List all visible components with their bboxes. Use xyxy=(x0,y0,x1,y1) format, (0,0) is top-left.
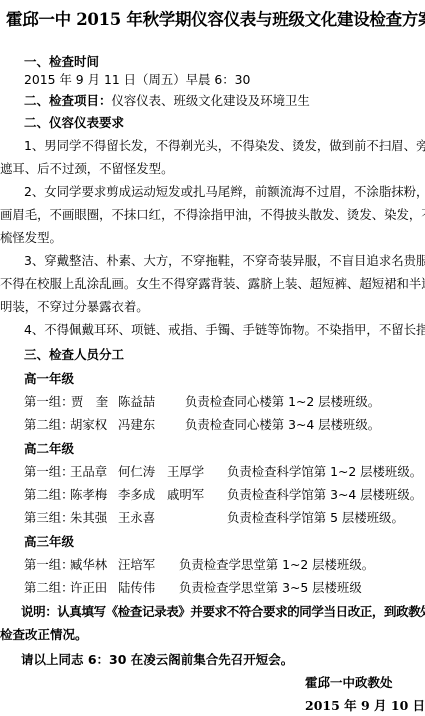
requirement-3-line2: 不得在校服上乱涂乱画。女生不得穿露背装、露脐上装、超短裤、超短裙和半透 xyxy=(0,274,425,292)
group-duty: 负责检查同心楼第 3~4 层楼班级。 xyxy=(185,415,380,433)
grade-2-group-1: 第一组： 王品章 何仁涛 王厚学 负责检查科学馆第 1~2 层楼班级。 xyxy=(24,462,424,480)
section-heading-items: 二、检查项目： xyxy=(24,93,112,108)
grade-1-group-1: 第一组： 贾 奎 陈益喆 负责检查同心楼第 1~2 层楼班级。 xyxy=(24,392,424,410)
group-duty: 负责检查学思堂第 3~5 层楼班级 xyxy=(179,578,362,596)
grade-2-group-3: 第三组： 朱其强 王永喜 负责检查科学馆第 5 层楼班级。 xyxy=(24,508,424,526)
requirement-1-line1: 1、男同学不得留长发，不得剃光头，不得染发、烫发，做到前不扫眉、旁不 xyxy=(24,136,425,154)
note-line-2: 检查改正情况。 xyxy=(0,625,88,643)
group-duty: 负责检查学思堂第 1~2 层楼班级。 xyxy=(179,555,374,573)
group-member: 许正田 xyxy=(70,578,107,596)
group-label: 第二组： xyxy=(24,485,74,503)
group-label: 第一组： xyxy=(24,555,74,573)
group-member: 王品章 xyxy=(70,462,107,480)
requirement-2-line1: 2、女同学要求剪成运动短发或扎马尾辫，前额流海不过眉，不涂脂抹粉，不 xyxy=(24,182,425,200)
group-member: 贾 奎 xyxy=(71,392,108,410)
meeting-notice: 请以上同志 6：30 在凌云阁前集合先召开短会。 xyxy=(21,650,293,668)
group-label: 第二组： xyxy=(24,578,74,596)
group-member: 朱其强 xyxy=(70,508,107,526)
group-member: 王厚学 xyxy=(167,462,204,480)
group-duty: 负责检查科学馆第 1~2 层楼班级。 xyxy=(227,462,422,480)
group-member: 李多成 xyxy=(118,485,155,503)
group-duty: 负责检查同心楼第 1~2 层楼班级。 xyxy=(185,392,380,410)
grade-2-heading: 高二年级 xyxy=(24,439,74,457)
group-member: 何仁涛 xyxy=(118,462,155,480)
requirement-2-line2: 画眉毛，不画眼圈，不抹口红，不得涂指甲油，不得披头散发、烫发、染发，不 xyxy=(0,205,425,223)
requirement-3-line1: 3、穿戴整洁、朴素、大方，不穿拖鞋，不穿奇装异服，不盲目追求名贵服饰， xyxy=(24,251,425,269)
requirement-4-line1: 4、不得佩戴耳环、项链、戒指、手镯、手链等饰物。不染指甲，不留长指甲。 xyxy=(24,320,425,338)
inspection-items-text: 仪容仪表、班级文化建设及环境卫生 xyxy=(112,93,310,108)
group-duty: 负责检查科学馆第 3~4 层楼班级。 xyxy=(227,485,422,503)
group-member: 陈益喆 xyxy=(118,392,155,410)
requirement-2-line3: 梳怪发型。 xyxy=(0,228,62,246)
group-label: 第二组： xyxy=(24,415,74,433)
requirement-1-line2: 遮耳、后不过颈，不留怪发型。 xyxy=(0,159,173,177)
group-member: 胡家权 xyxy=(70,415,107,433)
grade-3-group-2: 第二组： 许正田 陆传伟 负责检查学思堂第 3~5 层楼班级 xyxy=(24,578,424,596)
group-label: 第一组： xyxy=(24,462,74,480)
group-member: 陈孝梅 xyxy=(70,485,107,503)
group-label: 第一组： xyxy=(24,392,74,410)
group-member: 臧华林 xyxy=(70,555,107,573)
grade-2-group-2: 第二组： 陈孝梅 李多成 戚明军 负责检查科学馆第 3~4 层楼班级。 xyxy=(24,485,424,503)
grade-3-heading: 高三年级 xyxy=(24,532,74,550)
group-label: 第三组： xyxy=(24,508,74,526)
note-line-1: 说明：认真填写《检查记录表》并要求不符合要求的同学当日改正，到政教处 xyxy=(21,602,425,620)
grade-1-group-2: 第二组： 胡家权 冯建东 负责检查同心楼第 3~4 层楼班级。 xyxy=(24,415,424,433)
group-member: 陆传伟 xyxy=(118,578,155,596)
section-inspection-items: 二、检查项目：仪容仪表、班级文化建设及环境卫生 xyxy=(24,91,310,109)
group-member: 王永喜 xyxy=(118,508,155,526)
grade-1-heading: 高一年级 xyxy=(24,369,74,387)
requirement-3-line3: 明装，不穿过分暴露衣着。 xyxy=(0,297,149,315)
document-title: 霍邱一中 2015 年秋学期仪容仪表与班级文化建设检查方案 xyxy=(6,6,425,30)
section-heading-staff: 三、检查人员分工 xyxy=(24,345,124,363)
signature-org: 霍邱一中政教处 xyxy=(305,673,393,691)
group-member: 汪培军 xyxy=(118,555,155,573)
signature-date: 2015 年 9 月 10 日 xyxy=(305,696,425,714)
inspection-time: 2015 年 9 月 11 日（周五）早晨 6：30 xyxy=(24,70,250,88)
group-member: 戚明军 xyxy=(167,485,204,503)
section-heading-requirements: 二、仪容仪表要求 xyxy=(24,113,124,131)
group-member: 冯建东 xyxy=(118,415,155,433)
section-heading-time: 一、检查时间 xyxy=(24,52,99,70)
grade-3-group-1: 第一组： 臧华林 汪培军 负责检查学思堂第 1~2 层楼班级。 xyxy=(24,555,424,573)
group-duty: 负责检查科学馆第 5 层楼班级。 xyxy=(227,508,404,526)
